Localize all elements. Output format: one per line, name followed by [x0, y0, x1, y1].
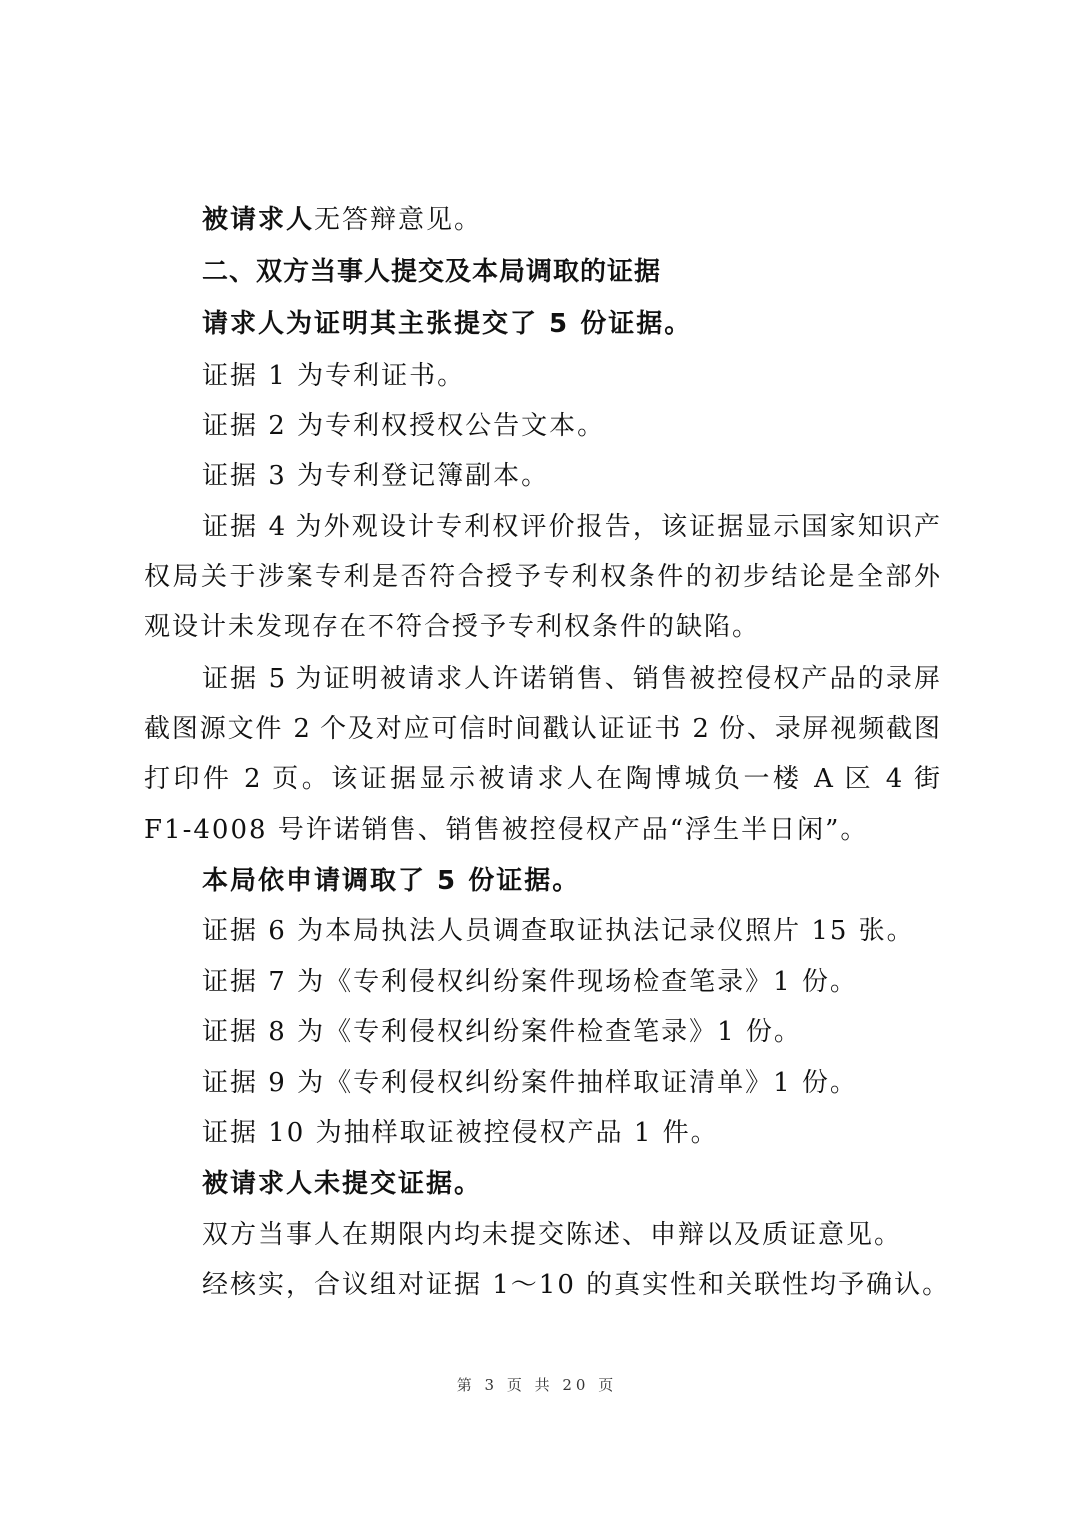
- paragraph-requester-evidence: 请求人为证明其主张提交了 5 份证据。: [202, 309, 692, 339]
- page-footer: 第 3 页 共 20 页: [0, 1374, 1074, 1395]
- paragraph-evidence-4-line1: 证据 4 为外观设计专利权评价报告，该证据显示国家知识产: [202, 512, 940, 542]
- paragraph-evidence-5-line3: 打印件 2 页。该证据显示被请求人在陶博城负一楼 A 区 4 街: [144, 764, 940, 794]
- paragraph-respondent-no-defense: 被请求人无答辩意见。: [202, 205, 482, 235]
- paragraph-evidence-4-line2: 权局关于涉案专利是否符合授予专利权条件的初步结论是全部外: [144, 562, 940, 592]
- section-heading: 二、双方当事人提交及本局调取的证据: [202, 257, 661, 287]
- paragraph-evidence-7: 证据 7 为《专利侵权纠纷案件现场检查笔录》1 份。: [202, 967, 858, 997]
- paragraph-evidence-9: 证据 9 为《专利侵权纠纷案件抽样取证清单》1 份。: [202, 1068, 858, 1098]
- paragraph-evidence-8: 证据 8 为《专利侵权纠纷案件检查笔录》1 份。: [202, 1017, 802, 1047]
- paragraph-bureau-evidence: 本局依申请调取了 5 份证据。: [202, 866, 580, 896]
- paragraph-evidence-5-line2: 截图源文件 2 个及对应可信时间戳认证证书 2 份、录屏视频截图: [144, 714, 940, 744]
- paragraph-evidence-6: 证据 6 为本局执法人员调查取证执法记录仪照片 15 张。: [202, 916, 915, 946]
- paragraph-respondent-no-evidence: 被请求人未提交证据。: [202, 1169, 482, 1199]
- paragraph-no-statements: 双方当事人在期限内均未提交陈述、申辩以及质证意见。: [202, 1220, 902, 1250]
- paragraph-evidence-5-line1: 证据 5 为证明被请求人许诺销售、销售被控侵权产品的录屏: [202, 664, 940, 694]
- paragraph-evidence-10: 证据 10 为抽样取证被控侵权产品 1 件。: [202, 1118, 719, 1148]
- paragraph-evidence-2: 证据 2 为专利权授权公告文本。: [202, 411, 605, 441]
- bold-prefix: 被请求人: [202, 205, 314, 235]
- paragraph-evidence-5-line4: F1-4008 号许诺销售、销售被控侵权产品“浮生半日闲”。: [144, 815, 868, 845]
- paragraph-evidence-1: 证据 1 为专利证书。: [202, 361, 465, 391]
- paragraph-verification: 经核实，合议组对证据 1～10 的真实性和关联性均予确认。: [202, 1270, 950, 1300]
- document-page: 被请求人无答辩意见。 二、双方当事人提交及本局调取的证据 请求人为证明其主张提交…: [0, 0, 1074, 1520]
- paragraph-evidence-4-line3: 观设计未发现存在不符合授予专利权条件的缺陷。: [144, 612, 760, 642]
- paragraph-evidence-3: 证据 3 为专利登记簿副本。: [202, 461, 549, 491]
